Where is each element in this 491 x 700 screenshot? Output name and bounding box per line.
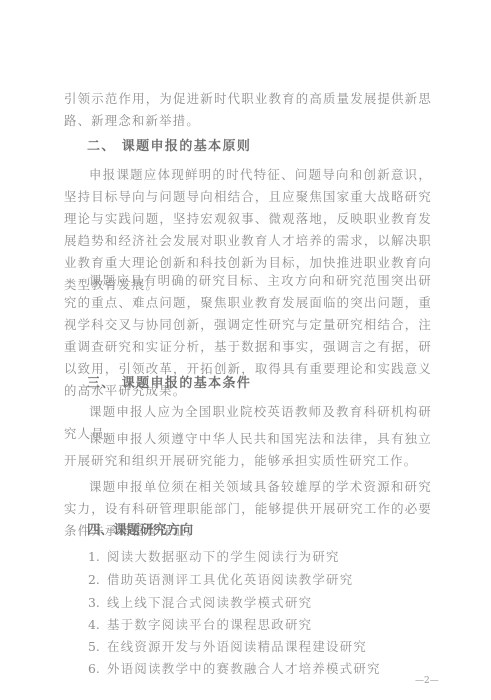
item-number: 3.	[88, 593, 107, 613]
section-heading-conditions: 三、 课题申报的基本条件	[87, 374, 251, 394]
item-text: 在线资源开发与外语阅读精品课程建设研究	[107, 639, 367, 654]
section-heading-principles: 二、 课题申报的基本原则	[87, 137, 251, 157]
item-number: 6.	[88, 659, 107, 679]
research-direction-item: 2.借助英语测评工具优化英语阅读教学研究	[88, 570, 353, 590]
research-direction-item: 6.外语阅读教学中的赛教融合人才培养模式研究	[88, 659, 381, 679]
item-number: 1.	[88, 547, 107, 567]
section-heading-directions: 四、课题研究方向	[87, 521, 193, 541]
item-number: 4.	[88, 615, 107, 635]
research-direction-item: 1.阅读大数据驱动下的学生阅读行为研究	[88, 547, 340, 567]
item-text: 基于数字阅读平台的课程思政研究	[107, 617, 312, 632]
research-direction-item: 5.在线资源开发与外语阅读精品课程建设研究	[88, 637, 367, 657]
item-text: 借助英语测评工具优化英语阅读教学研究	[107, 572, 353, 587]
item-number: 5.	[88, 637, 107, 657]
continuation-paragraph: 引领示范作用，为促进新时代职业教育的高质量发展提供新思路、新理念和新举措。	[64, 88, 432, 132]
document-page: 引领示范作用，为促进新时代职业教育的高质量发展提供新思路、新理念和新举措。 二、…	[0, 0, 491, 700]
item-number: 2.	[88, 570, 107, 590]
conditions-paragraph-2: 课题申报人须遵守中华人民共和国宪法和法律，具有独立开展研究和组织开展研究能力，能…	[64, 428, 432, 472]
item-text: 阅读大数据驱动下的学生阅读行为研究	[107, 549, 340, 564]
page-number: —2—	[415, 676, 439, 686]
item-text: 线上线下混合式阅读教学模式研究	[107, 595, 312, 610]
item-text: 外语阅读教学中的赛教融合人才培养模式研究	[107, 661, 381, 676]
research-direction-item: 3.线上线下混合式阅读教学模式研究	[88, 593, 312, 613]
research-direction-item: 4.基于数字阅读平台的课程思政研究	[88, 615, 312, 635]
